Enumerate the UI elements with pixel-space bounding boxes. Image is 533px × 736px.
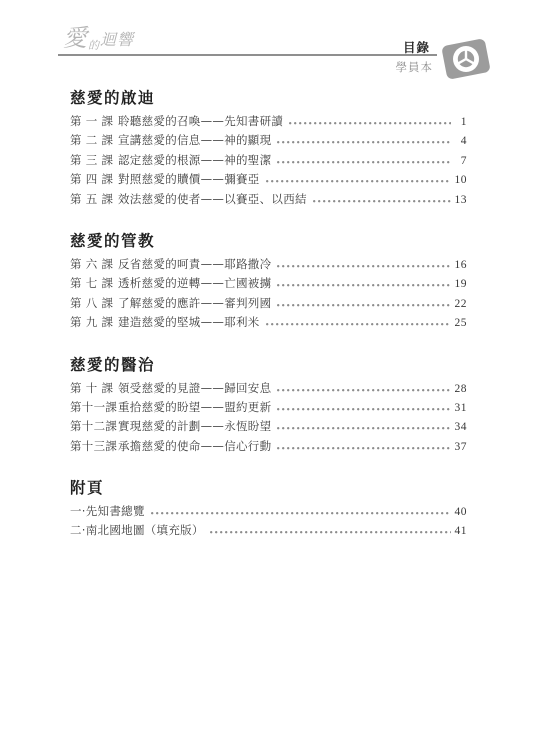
toc-entry: 二·南北國地圖（填充版）41: [70, 521, 467, 540]
toc-entry: 第 六 課反省慈愛的呵責——耶路撒冷16: [70, 255, 467, 274]
dot-leader: [313, 200, 451, 203]
lesson-number-label: 第十一課: [70, 398, 116, 417]
lesson-number-label: 第 六 課: [70, 255, 116, 274]
dot-leader: [289, 122, 451, 125]
toc-entry: 第十一課重拾慈愛的盼望——盟約更新31: [70, 398, 467, 417]
page-number: 7: [455, 152, 467, 171]
lesson-number-label: 第 三 課: [70, 151, 116, 170]
toc-entry: 第 七 課透析慈愛的逆轉——亡國被擄19: [70, 274, 467, 293]
lesson-number-label: 第 四 課: [70, 170, 116, 189]
dot-leader: [277, 427, 450, 430]
book-logo: 愛的迴響: [63, 26, 134, 51]
toc-section: 附頁一·先知書總覽40二·南北國地圖（填充版）41: [70, 478, 467, 541]
dot-leader: [277, 284, 450, 287]
page-number: 28: [455, 380, 468, 399]
lesson-number-label: 第 九 課: [70, 313, 116, 332]
dot-leader: [277, 408, 450, 411]
page-number: 19: [455, 275, 468, 294]
toc-entry: 第 四 課對照慈愛的贖價——彌賽亞10: [70, 170, 467, 189]
lesson-number-label: 第 二 課: [70, 131, 116, 150]
lesson-title: 一·先知書總覽: [70, 502, 145, 521]
lesson-number-label: 第 七 課: [70, 274, 116, 293]
lesson-number-label: 第十二課: [70, 417, 116, 436]
section-title: 慈愛的管教: [70, 231, 467, 251]
lesson-number-label: 第 五 課: [70, 190, 116, 209]
page-number: 41: [455, 522, 468, 541]
lesson-number-label: 第 十 課: [70, 379, 116, 398]
toc-section: 慈愛的管教第 六 課反省慈愛的呵責——耶路撒冷16第 七 課透析慈愛的逆轉——亡…: [70, 231, 467, 333]
lesson-title: 聆聽慈愛的召喚——先知書研讀: [118, 112, 283, 131]
page-number: 10: [455, 171, 468, 190]
toc-entry: 第 九 課建造慈愛的堅城——耶利米25: [70, 313, 467, 332]
page-number: 25: [455, 314, 468, 333]
toc-entry: 第 八 課了解慈愛的應許——審判列國22: [70, 294, 467, 313]
dot-leader: [266, 323, 451, 326]
page-number: 16: [455, 256, 468, 275]
toc-entry: 第 二 課宣講慈愛的信息——神的顯現4: [70, 131, 467, 150]
toc-entry: 第 一 課聆聽慈愛的召喚——先知書研讀1: [70, 112, 467, 131]
toc-section: 慈愛的醫治第 十 課領受慈愛的見證——歸回安息28第十一課重拾慈愛的盼望——盟約…: [70, 355, 467, 457]
section-title: 慈愛的啟迪: [70, 88, 467, 108]
lesson-title: 建造慈愛的堅城——耶利米: [118, 313, 260, 332]
toc-entry: 第 十 課領受慈愛的見證——歸回安息28: [70, 379, 467, 398]
lesson-title: 反省慈愛的呵責——耶路撒冷: [118, 255, 271, 274]
toc-entry: 第 五 課效法慈愛的使者——以賽亞、以西結13: [70, 190, 467, 209]
book-logo-text: 迴響: [100, 30, 134, 49]
dot-leader: [266, 180, 451, 183]
dot-leader: [277, 447, 450, 450]
lesson-number-label: 第 八 課: [70, 294, 116, 313]
lesson-title: 效法慈愛的使者——以賽亞、以西結: [118, 190, 307, 209]
toc-page: 愛的迴響 目錄 學員本 慈愛的啟迪第 一 課聆聽慈愛的召喚——先知書研讀1第 二…: [0, 0, 533, 736]
lesson-title: 實現慈愛的計劃——永恆盼望: [118, 417, 271, 436]
page-number: 4: [455, 132, 467, 151]
header-divider: [58, 54, 437, 56]
toc-entry: 第 三 課認定慈愛的根源——神的聖潔7: [70, 151, 467, 170]
table-of-contents: 慈愛的啟迪第 一 課聆聽慈愛的召喚——先知書研讀1第 二 課宣講慈愛的信息——神…: [70, 88, 467, 541]
lesson-number-label: 第 一 課: [70, 112, 116, 131]
page-number: 40: [455, 503, 468, 522]
lesson-title: 了解慈愛的應許——審判列國: [118, 294, 271, 313]
dot-leader: [210, 531, 451, 534]
book-logo-text: 愛: [63, 24, 87, 52]
page-number: 37: [455, 438, 468, 457]
lesson-number-label: 第十三課: [70, 437, 116, 456]
lesson-title: 對照慈愛的贖價——彌賽亞: [118, 170, 260, 189]
dot-leader: [277, 141, 451, 144]
lesson-title: 宣講慈愛的信息——神的顯現: [118, 131, 271, 150]
toc-entry: 第十二課實現慈愛的計劃——永恆盼望34: [70, 417, 467, 436]
toc-section: 慈愛的啟迪第 一 課聆聽慈愛的召喚——先知書研讀1第 二 課宣講慈愛的信息——神…: [70, 88, 467, 209]
page-number: 31: [455, 399, 468, 418]
dot-leader: [277, 389, 450, 392]
page-number: 22: [455, 295, 468, 314]
section-title: 慈愛的醫治: [70, 355, 467, 375]
lesson-title: 領受慈愛的見證——歸回安息: [118, 379, 271, 398]
book-logo-text: 的: [88, 39, 99, 52]
dot-leader: [151, 512, 451, 515]
toc-entry: 一·先知書總覽40: [70, 502, 467, 521]
lesson-title: 重拾慈愛的盼望——盟約更新: [118, 398, 271, 417]
dot-leader: [277, 304, 450, 307]
dot-leader: [277, 161, 451, 164]
lesson-title: 認定慈愛的根源——神的聖潔: [118, 151, 271, 170]
lesson-title: 二·南北國地圖（填充版）: [70, 521, 204, 540]
page-number: 34: [455, 418, 468, 437]
toc-entry: 第十三課承擔慈愛的使命——信心行動37: [70, 437, 467, 456]
lesson-title: 承擔慈愛的使命——信心行動: [118, 437, 271, 456]
dot-leader: [277, 265, 450, 268]
page-number: 1: [455, 113, 467, 132]
lesson-title: 透析慈愛的逆轉——亡國被擄: [118, 274, 271, 293]
page-number: 13: [455, 191, 468, 210]
section-title: 附頁: [70, 478, 467, 498]
publisher-trefoil-stamp-icon: [440, 35, 492, 83]
edition-label: 學員本: [396, 59, 434, 75]
